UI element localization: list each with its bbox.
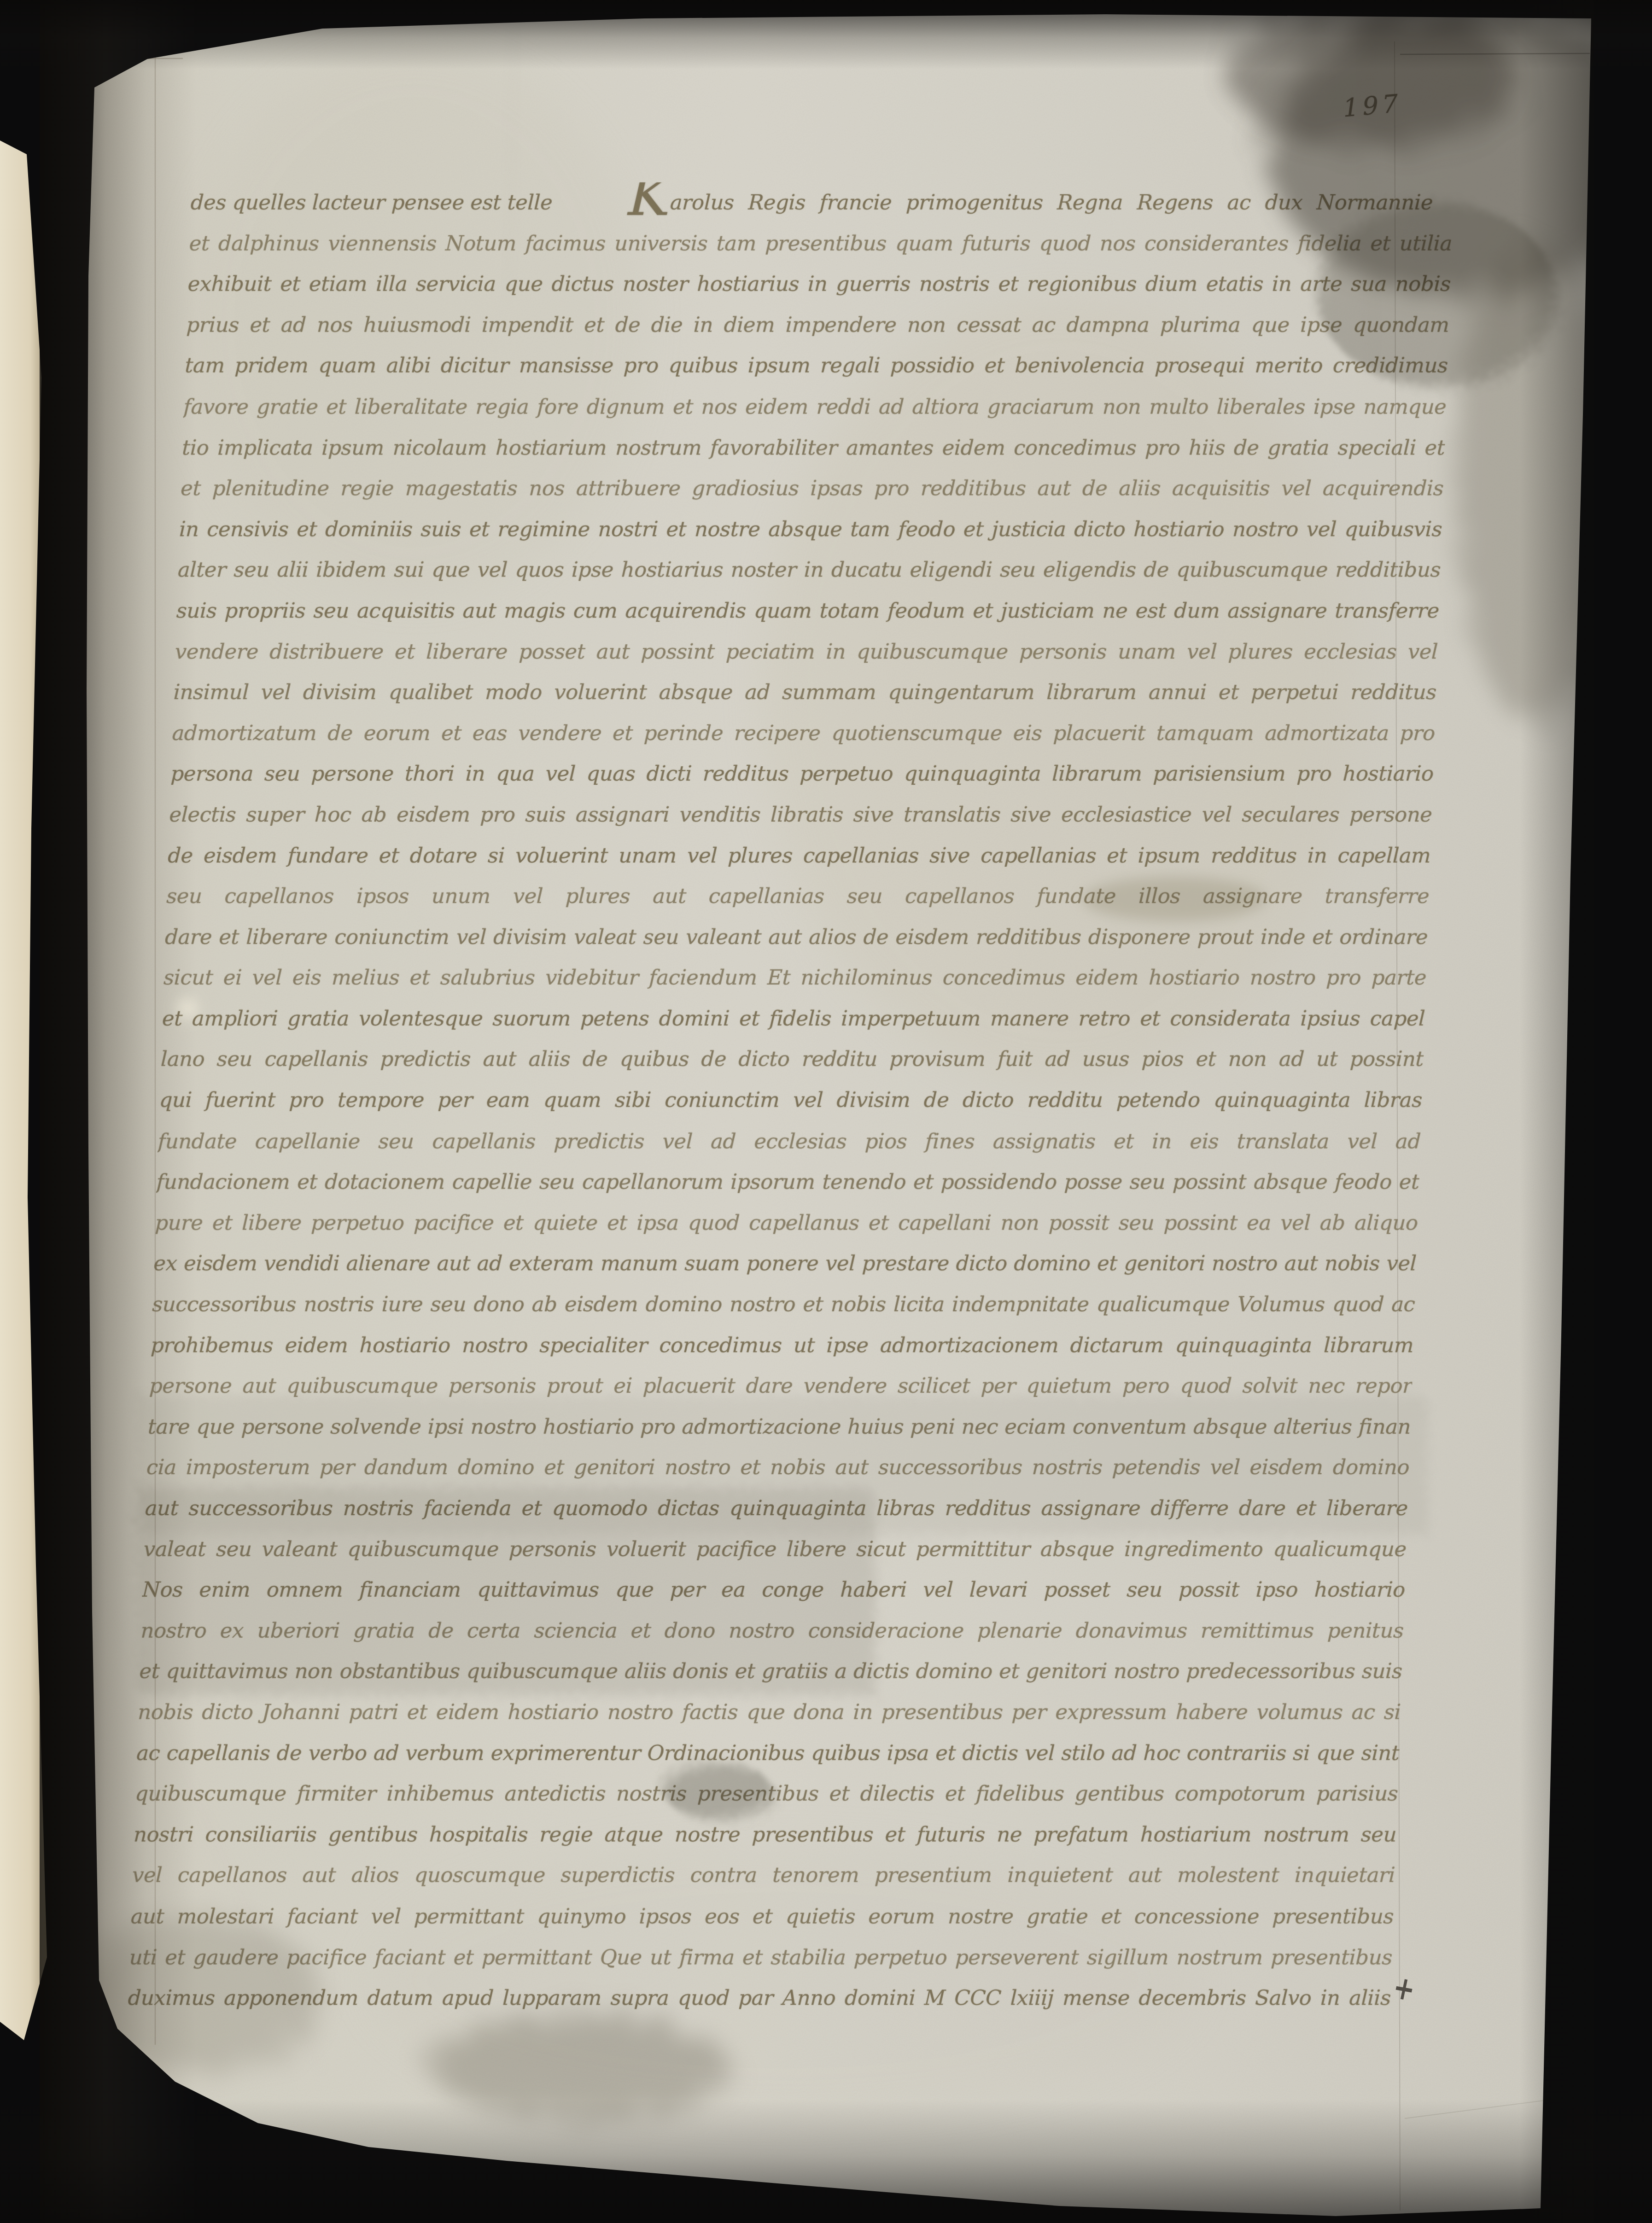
text-line: tam pridem quam alibi dicitur mansisse p… [184, 345, 1448, 386]
text-line: et quittavimus non obstantibus quibuscum… [139, 1651, 1403, 1692]
text-line: fundacionem et dotacionem capellie seu c… [156, 1161, 1420, 1202]
text-line: fundate capellanie seu capellanis predic… [157, 1121, 1421, 1162]
text-line: alter seu alii ibidem sui que vel quos i… [177, 549, 1442, 590]
text-line: lano seu capellanis predictis aut aliis … [160, 1039, 1424, 1080]
text-block: des quelles lacteur pensee est telle K a… [127, 182, 1454, 2019]
text-line: ex eisdem vendidi alienare aut ad extera… [153, 1243, 1417, 1284]
text-line: seu capellanos ipsos unum vel plures aut… [166, 876, 1430, 917]
text-line: prius et ad nos huiusmodi impendit et de… [186, 305, 1450, 346]
manuscript-photo: des quelles lacteur pensee est telle K a… [0, 0, 1652, 2223]
text-line: duximus apponendum datum apud lupparam s… [127, 1978, 1391, 2019]
text-line: persone aut quibuscumque personis prout … [149, 1365, 1413, 1406]
text-line: electis super hoc ab eisdem pro suis ass… [169, 794, 1433, 835]
text-line: vel capellanos aut alios quoscumque supe… [132, 1855, 1396, 1896]
text-line: et ampliori gratia volentesque suorum pe… [161, 998, 1425, 1039]
end-cross-mark: + [1389, 1968, 1419, 2009]
text-line: admortizatum de eorum et eas vendere et … [171, 713, 1436, 754]
text-line: quibuscumque firmiter inhibemus antedict… [134, 1774, 1399, 1815]
text-line: favore gratie et liberalitate regia fore… [183, 386, 1447, 427]
text-line: cia imposterum per dandum domino et geni… [146, 1447, 1410, 1488]
heading-intro-text: des quelles lacteur pensee est telle [190, 182, 553, 223]
text-line: in censivis et dominiis suis et regimine… [179, 509, 1443, 550]
text-line: sicut ei vel eis melius et salubrius vid… [163, 957, 1427, 998]
text-line: exhibuit et etiam illa servicia que dict… [187, 264, 1451, 305]
text-line: qui fuerint pro tempore per eam quam sib… [158, 1080, 1423, 1121]
text-line: tio implicata ipsum nicolaum hostiarium … [181, 427, 1446, 468]
folio-number: 197 [1343, 89, 1402, 123]
text-line: aut successoribus nostris facienda et qu… [144, 1488, 1408, 1529]
text-line: ac capellanis de verbo ad verbum exprime… [136, 1733, 1400, 1774]
heading-rest-text: arolus Regis francie primogenitus Regna … [669, 182, 1454, 223]
text-line: prohibemus eidem hostiario nostro specia… [150, 1325, 1414, 1366]
text-line: nobis dicto Johanni patri et eidem hosti… [137, 1692, 1401, 1733]
text-line: et dalphinus viennensis Notum facimus un… [188, 223, 1453, 264]
text-line: insimul vel divisim qualibet modo voluer… [173, 672, 1437, 713]
heading-line: des quelles lacteur pensee est telle K a… [190, 182, 1454, 223]
text-line: aut molestari faciant vel permittant qui… [130, 1896, 1394, 1937]
facing-page-edge [0, 0, 55, 2223]
text-line: Nos enim omnem financiam quittavimus que… [141, 1570, 1406, 1610]
text-layer: des quelles lacteur pensee est telle K a… [0, 0, 1652, 2223]
text-line: vendere distribuere et liberare posset a… [174, 631, 1438, 672]
text-line: dare et liberare coniunctim vel divisim … [164, 917, 1429, 958]
text-line: de eisdem fundare et dotare si voluerint… [167, 835, 1431, 876]
text-line: successoribus nostris iure seu dono ab e… [152, 1284, 1416, 1325]
text-line: tare que persone solvende ipsi nostro ho… [147, 1406, 1412, 1447]
text-line: valeat seu valeant quibuscumque personis… [143, 1529, 1407, 1570]
body-lines: et dalphinus viennensis Notum facimus un… [127, 223, 1453, 2019]
text-line: pure et libere perpetuo pacifice et quie… [154, 1202, 1419, 1243]
text-line: et plenitudine regie magestatis nos attr… [180, 468, 1444, 509]
text-line: nostri consiliariis gentibus hospitalis … [133, 1815, 1397, 1855]
text-line: nostro ex uberiori gratia de certa scien… [140, 1610, 1404, 1651]
text-line: suis propriis seu acquisitis aut magis c… [175, 590, 1440, 631]
text-line: uti et gaudere pacifice faciant et permi… [128, 1937, 1393, 1978]
text-line: persona seu persone thori in qua vel qua… [170, 753, 1434, 794]
parchment-page: des quelles lacteur pensee est telle K a… [0, 0, 1652, 2223]
